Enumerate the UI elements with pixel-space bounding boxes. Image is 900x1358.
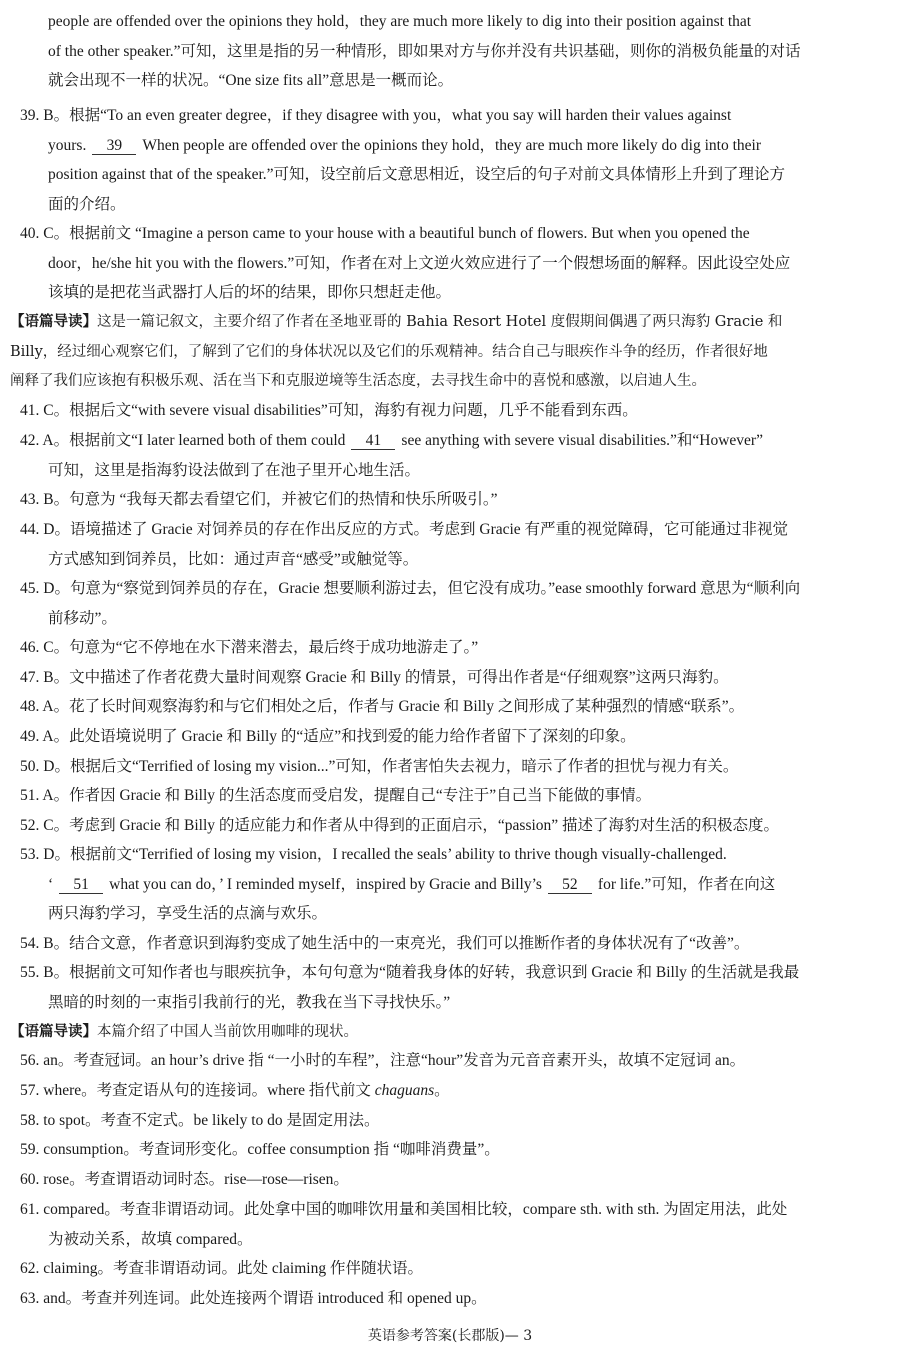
- text-line: 43. B。句意为 “我每天都去看望它们，并被它们的热情和快乐所吸引。”: [20, 485, 856, 515]
- text-line: 46. C。句意为“它不停地在水下潜来潜去，最后终于成功地游走了。”: [20, 633, 856, 663]
- text-line: of the other speaker.”可知，这里是指的另一种情形，即如果对…: [48, 37, 884, 67]
- answer-59: 59. consumption。考查词形变化。coffee consumptio…: [20, 1135, 856, 1165]
- answer-41: 41. C。根据后文“with severe visual disabiliti…: [20, 396, 856, 426]
- answer-49: 49. A。此处语境说明了 Gracie 和 Billy 的“适应”和找到爱的能…: [20, 722, 856, 752]
- text-line: 40. C。根据前文 “Imagine a person came to you…: [20, 219, 884, 249]
- text-line: 前移动”。: [20, 604, 884, 634]
- text-line: 该填的是把花当武器打人后的坏的结果，即你只想赶走他。: [20, 278, 884, 308]
- text-line: 57. where。考查定语从句的连接词。where 指代前文 chaguans…: [20, 1076, 856, 1106]
- text-line: 就会出现不一样的状况。“One size fits all”意思是一概而论。: [48, 66, 884, 96]
- text-line: 62. claiming。考查非谓语动词。此处 claiming 作伴随状语。: [20, 1254, 856, 1284]
- text-line: 60. rose。考查谓语动词时态。rise—rose—risen。: [20, 1165, 856, 1195]
- page-footer: 英语参考答案(长郡版)— 3: [0, 1325, 900, 1345]
- answer-45: 45. D。句意为“察觉到饲养员的存在，Gracie 想要顺利游过去，但它没有成…: [20, 574, 884, 633]
- text-line: ‘51what you can do，’ I reminded myself，i…: [20, 870, 884, 900]
- text-line: 阐释了我们应该抱有积极乐观、活在当下和克服逆境等生活态度，去寻找生命中的喜悦和感…: [10, 367, 884, 397]
- text-line: people are offended over the opinions th…: [48, 7, 884, 37]
- passage-guide-2: 【语篇导读】本篇介绍了中国人当前饮用咖啡的现状。: [10, 1017, 846, 1048]
- answer-42: 42. A。根据前文“I later learned both of them …: [20, 426, 884, 485]
- answer-key-page: people are offended over the opinions th…: [0, 0, 900, 1358]
- text-line: yours.39When people are offended over th…: [20, 131, 884, 161]
- passage-guide-1: 【语篇导读】这是一篇记叙文，主要介绍了作者在圣地亚哥的 Bahia Resort…: [10, 307, 884, 397]
- answer-46: 46. C。句意为“它不停地在水下潜来潜去，最后终于成功地游走了。”: [20, 633, 856, 663]
- answer-40: 40. C。根据前文 “Imagine a person came to you…: [20, 219, 884, 308]
- text-line: 61. compared。考查非谓语动词。此处拿中国的咖啡饮用量和美国相比较，c…: [20, 1195, 884, 1225]
- answer-56: 56. an。考查冠词。an hour’s drive 指 “一小时的车程”，注…: [20, 1046, 856, 1076]
- text-line: 为被动关系，故填 compared。: [20, 1225, 884, 1255]
- text-span: 这是一篇记叙文，主要介绍了作者在圣地亚哥的 Bahia Resort Hotel…: [97, 314, 782, 330]
- text-line: 51. A。作者因 Gracie 和 Billy 的生活态度而受启发，提醒自己“…: [20, 781, 856, 811]
- text-line: 42. A。根据前文“I later learned both of them …: [20, 426, 884, 456]
- text-line: 【语篇导读】本篇介绍了中国人当前饮用咖啡的现状。: [10, 1017, 846, 1048]
- answer-44: 44. D。语境描述了 Gracie 对饲养员的存在作出反应的方式。考虑到 Gr…: [20, 515, 884, 574]
- text-line: 面的介绍。: [20, 190, 884, 220]
- blank-51: 51: [59, 877, 103, 894]
- text-line: 可知，这里是指海豹设法做到了在池子里开心地生活。: [20, 456, 884, 486]
- answer-63: 63. and。考查并列连词。此处连接两个谓语 introduced 和 ope…: [20, 1284, 856, 1314]
- text-line: 黑暗的时刻的一束指引我前行的光，教我在当下寻找快乐。”: [20, 988, 884, 1018]
- text-line: 59. consumption。考查词形变化。coffee consumptio…: [20, 1135, 856, 1165]
- answer-55: 55. B。根据前文可知作者也与眼疾抗争，本句句意为“随着我身体的好转，我意识到…: [20, 958, 884, 1017]
- text-span: ‘: [48, 876, 53, 893]
- text-line: 63. and。考查并列连词。此处连接两个谓语 introduced 和 ope…: [20, 1284, 856, 1314]
- answer-58: 58. to spot。考查不定式。be likely to do 是固定用法。: [20, 1106, 856, 1136]
- text-line: door，he/she hit you with the flowers.”可知…: [20, 249, 884, 279]
- answer-48: 48. A。花了长时间观察海豹和与它们相处之后，作者与 Gracie 和 Bil…: [20, 692, 856, 722]
- text-line: 45. D。句意为“察觉到饲养员的存在，Gracie 想要顺利游过去，但它没有成…: [20, 574, 884, 604]
- text-line: Billy，经过细心观察它们，了解到了它们的身体状况以及它们的乐观精神。结合自己…: [10, 338, 884, 368]
- blank-41: 41: [351, 433, 395, 450]
- text-line: 方式感知到饲养员，比如：通过声音“感受”或触觉等。: [20, 545, 884, 575]
- answer-47: 47. B。文中描述了作者花费大量时间观察 Gracie 和 Billy 的情景…: [20, 663, 856, 693]
- blank-39: 39: [92, 138, 136, 155]
- text-span: 本篇介绍了中国人当前饮用咖啡的现状。: [97, 1024, 358, 1040]
- text-line: 两只海豹学习，享受生活的点滴与欢乐。: [20, 899, 884, 929]
- answer-39: 39. B。根据“To an even greater degree，if th…: [20, 101, 884, 219]
- answer-43: 43. B。句意为 “我每天都去看望它们，并被它们的热情和快乐所吸引。”: [20, 485, 856, 515]
- text-line: 54. B。结合文意，作者意识到海豹变成了她生活中的一束亮光，我们可以推断作者的…: [20, 929, 856, 959]
- text-line: 56. an。考查冠词。an hour’s drive 指 “一小时的车程”，注…: [20, 1046, 856, 1076]
- text-line: 49. A。此处语境说明了 Gracie 和 Billy 的“适应”和找到爱的能…: [20, 722, 856, 752]
- text-line: 52. C。考虑到 Gracie 和 Billy 的适应能力和作者从中得到的正面…: [20, 811, 856, 841]
- answer-60: 60. rose。考查谓语动词时态。rise—rose—risen。: [20, 1165, 856, 1195]
- answer-38-continuation: people are offended over the opinions th…: [48, 7, 884, 96]
- text-span: see anything with severe visual disabili…: [401, 432, 763, 449]
- italic-term: chaguans: [375, 1082, 434, 1099]
- guide-tag: 【语篇导读】: [10, 314, 97, 330]
- text-line: position against that of the speaker.”可知…: [20, 160, 884, 190]
- text-span: 。: [434, 1082, 450, 1099]
- answer-62: 62. claiming。考查非谓语动词。此处 claiming 作伴随状语。: [20, 1254, 856, 1284]
- guide-tag: 【语篇导读】: [10, 1024, 97, 1040]
- blank-52: 52: [548, 877, 592, 894]
- answer-61: 61. compared。考查非谓语动词。此处拿中国的咖啡饮用量和美国相比较，c…: [20, 1195, 884, 1254]
- answer-52: 52. C。考虑到 Gracie 和 Billy 的适应能力和作者从中得到的正面…: [20, 811, 856, 841]
- text-span: 42. A。根据前文“I later learned both of them …: [20, 432, 345, 449]
- answer-57: 57. where。考查定语从句的连接词。where 指代前文 chaguans…: [20, 1076, 856, 1106]
- text-span: 57. where。考查定语从句的连接词。where 指代前文: [20, 1082, 371, 1099]
- answer-53: 53. D。根据前文“Terrified of losing my vision…: [20, 840, 884, 929]
- text-line: 55. B。根据前文可知作者也与眼疾抗争，本句句意为“随着我身体的好转，我意识到…: [20, 958, 884, 988]
- text-line: 48. A。花了长时间观察海豹和与它们相处之后，作者与 Gracie 和 Bil…: [20, 692, 856, 722]
- text-span: for life.”可知，作者在向这: [598, 876, 775, 893]
- text-line: 47. B。文中描述了作者花费大量时间观察 Gracie 和 Billy 的情景…: [20, 663, 856, 693]
- text-line: 53. D。根据前文“Terrified of losing my vision…: [20, 840, 884, 870]
- answer-50: 50. D。根据后文“Terrified of losing my vision…: [20, 752, 856, 782]
- text-span: yours.: [48, 137, 86, 154]
- text-line: 50. D。根据后文“Terrified of losing my vision…: [20, 752, 856, 782]
- text-line: 【语篇导读】这是一篇记叙文，主要介绍了作者在圣地亚哥的 Bahia Resort…: [10, 307, 884, 338]
- answer-54: 54. B。结合文意，作者意识到海豹变成了她生活中的一束亮光，我们可以推断作者的…: [20, 929, 856, 959]
- answer-51: 51. A。作者因 Gracie 和 Billy 的生活态度而受启发，提醒自己“…: [20, 781, 856, 811]
- text-line: 41. C。根据后文“with severe visual disabiliti…: [20, 396, 856, 426]
- text-line: 44. D。语境描述了 Gracie 对饲养员的存在作出反应的方式。考虑到 Gr…: [20, 515, 884, 545]
- text-line: 39. B。根据“To an even greater degree，if th…: [20, 101, 884, 131]
- text-span: When people are offended over the opinio…: [142, 137, 761, 154]
- text-span: what you can do，’ I reminded myself，insp…: [109, 876, 542, 893]
- text-line: 58. to spot。考查不定式。be likely to do 是固定用法。: [20, 1106, 856, 1136]
